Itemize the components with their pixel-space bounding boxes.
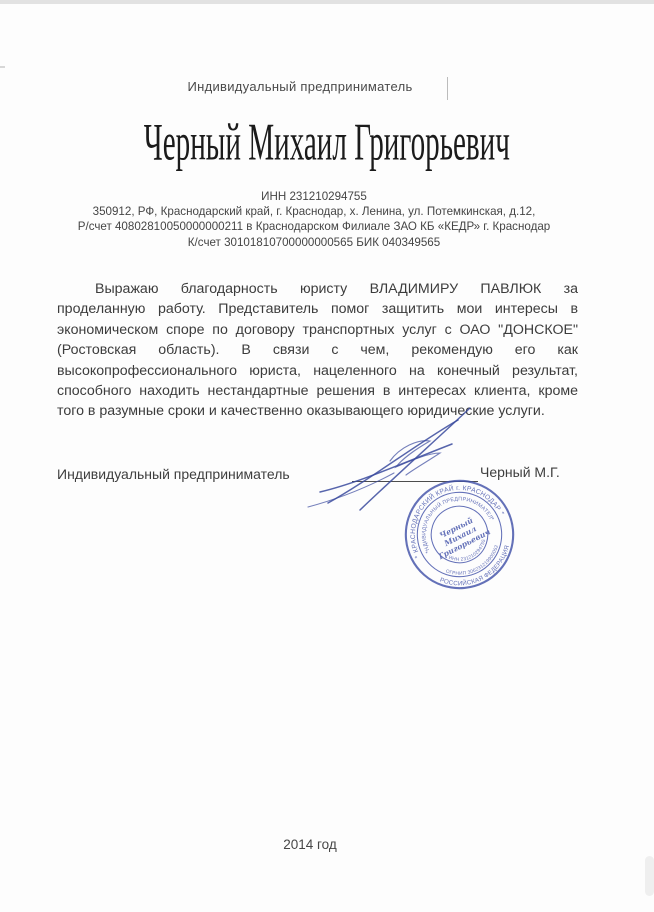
- requisites-block: ИНН 231210294755 350912, РФ, Краснодарск…: [14, 189, 614, 250]
- letter-body: Выражаю благодарность юристу ВЛАДИМИРУ П…: [57, 279, 578, 422]
- stamp-star-icon: *: [492, 517, 497, 524]
- stamp-star-icon: *: [425, 551, 430, 558]
- scan-edge-artifact: [0, 0, 654, 4]
- footer-year: 2014 год: [0, 837, 620, 852]
- signature-left-label: Индивидуальный предприниматель: [57, 466, 290, 482]
- inn-line: ИНН 231210294755: [14, 189, 614, 204]
- stamp-star-icon: *: [414, 555, 420, 563]
- body-line: Выражаю благодарность юристу ВЛАДИМИРУ П…: [57, 279, 578, 299]
- body-line: (Ростовская область). В связи с чем, рек…: [57, 340, 578, 360]
- scan-tick-artifact: [0, 66, 5, 68]
- address-line: 350912, РФ, Краснодарский край, г. Красн…: [14, 204, 614, 219]
- scan-smudge-artifact: [645, 856, 654, 896]
- entrepreneur-name-text: Черный Михаил Григорьевич: [144, 115, 510, 170]
- body-line: проделанную работу. Представитель помог …: [57, 299, 578, 319]
- entrepreneur-name-title: Черный Михаил Григорьевич: [0, 116, 600, 170]
- body-line: высокопрофессионального юриста, нацеленн…: [57, 361, 578, 381]
- stamp-star-icon: *: [501, 511, 507, 519]
- body-line: способного находить нестандартные решени…: [57, 381, 578, 401]
- settlement-account-line: Р/счет 40802810050000000211 в Краснодарс…: [14, 219, 614, 234]
- header-label: Индивидуальный предприниматель: [0, 79, 600, 94]
- body-line: экономическом споре по договору транспор…: [57, 320, 578, 340]
- correspondent-account-line: К/счет 30101810700000000565 БИК 04034956…: [14, 235, 614, 250]
- scanned-letter-page: Индивидуальный предприниматель Черный Ми…: [0, 0, 654, 912]
